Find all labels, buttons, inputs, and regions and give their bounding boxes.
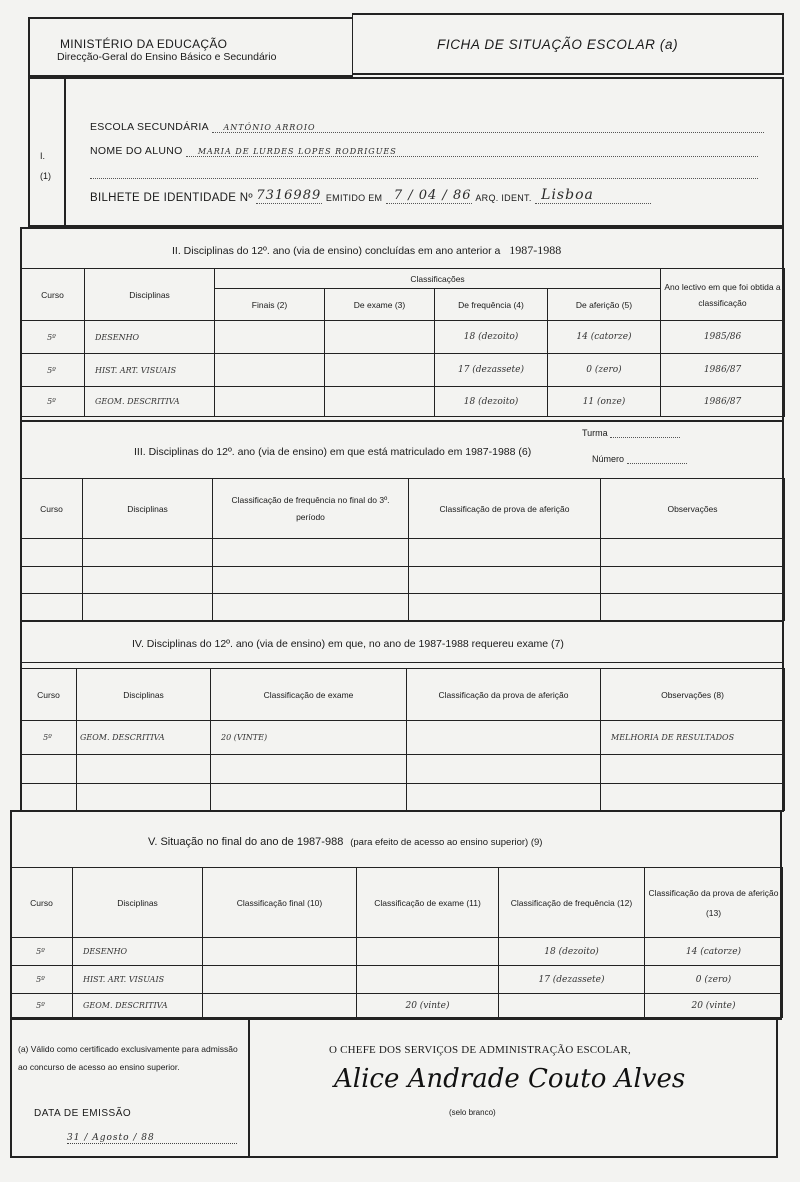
blank-line[interactable]: [90, 178, 758, 179]
table-row: [21, 567, 785, 594]
col-curso: Curso: [21, 479, 83, 539]
section-2: II. Disciplinas do 12º. ano (via de ensi…: [20, 227, 784, 422]
col-exame: De exame (3): [325, 289, 435, 321]
col-curso: Curso: [11, 868, 73, 938]
cell-exame[interactable]: [211, 755, 407, 784]
blank-row: [90, 167, 758, 179]
numero-row: Número: [592, 454, 687, 464]
cell-disciplina[interactable]: Hist. Art. Visuais: [73, 966, 203, 994]
cell-exame[interactable]: [357, 938, 499, 966]
section-3-table: Curso Disciplinas Classificação de frequ…: [20, 478, 785, 621]
cell-afericao[interactable]: [407, 721, 601, 755]
table-row: 5º Hist. Art. Visuais 17 (dezassete) 0 (…: [11, 966, 783, 994]
id-row: BILHETE DE IDENTIDADE Nº 7316989 EMITIDO…: [90, 187, 651, 204]
cell-frequencia[interactable]: 18 (dezoito): [499, 938, 645, 966]
issued-label: EMITIDO EM: [326, 193, 383, 203]
table-row: [21, 755, 785, 784]
cell-curso[interactable]: [21, 755, 77, 784]
section-5: V. Situação no final do ano de 1987-988 …: [10, 810, 782, 1020]
cell-curso[interactable]: [21, 539, 83, 567]
validity-note: (a) Válido como certificado exclusivamen…: [18, 1040, 246, 1076]
col-disciplinas: Disciplinas: [73, 868, 203, 938]
id-number-field[interactable]: 7316989: [256, 188, 322, 204]
numero-label: Número: [592, 454, 624, 464]
cell-finais[interactable]: [215, 354, 325, 387]
cell-curso[interactable]: 5º: [21, 354, 85, 387]
table-row: 5º Hist. Art. Visuais 17 (dezassete) 0 (…: [21, 354, 785, 387]
col-afericao: Classificação da prova de aferição: [407, 669, 601, 721]
table-row: 5º Geom. Descritiva 18 (dezoito) 11 (onz…: [21, 387, 785, 417]
cell-final[interactable]: [203, 966, 357, 994]
cell-ano[interactable]: 1985/86: [661, 321, 785, 354]
header-ministry-box: MINISTÉRIO DA EDUCAÇÃO Direcção-Geral do…: [28, 17, 353, 77]
section-4: IV. Disciplinas do 12º. ano (via de ensi…: [20, 620, 784, 812]
col-curso: Curso: [21, 269, 85, 321]
cell-frequencia[interactable]: [213, 539, 409, 567]
col-afericao: Classificação da prova de aferição (13): [645, 868, 783, 938]
col-observacoes: Observações (8): [601, 669, 785, 721]
cell-final[interactable]: [203, 994, 357, 1018]
cell-exame[interactable]: [357, 966, 499, 994]
cell-curso[interactable]: 5º: [11, 938, 73, 966]
direction-name: Direcção-Geral do Ensino Básico e Secund…: [57, 51, 276, 63]
cell-afericao[interactable]: [407, 755, 601, 784]
turma-row: Turma: [582, 428, 680, 438]
col-disciplinas: Disciplinas: [77, 669, 211, 721]
cell-observacoes[interactable]: [601, 755, 785, 784]
section-4-table: Curso Disciplinas Classificação de exame…: [20, 668, 785, 811]
cell-disciplina[interactable]: Desenho: [73, 938, 203, 966]
cell-disciplina[interactable]: [77, 755, 211, 784]
archive-field[interactable]: Lisboa: [535, 187, 651, 204]
table-row: 5º Geom. Descritiva 20 (vinte) Melhoria …: [21, 721, 785, 755]
cell-afericao[interactable]: [407, 784, 601, 811]
col-afericao: Classificação de prova de aferição: [409, 479, 601, 539]
cell-observacoes[interactable]: [601, 784, 785, 811]
cell-afericao[interactable]: [409, 539, 601, 567]
section-2-title-text: II. Disciplinas do 12º. ano (via de ensi…: [172, 245, 500, 257]
cell-observacoes[interactable]: [601, 539, 785, 567]
col-finais: Finais (2): [215, 289, 325, 321]
footer-signature-box: O CHEFE DOS SERVIÇOS DE ADMINISTRAÇÃO ES…: [248, 1018, 778, 1158]
section-5-table: Curso Disciplinas Classificação final (1…: [10, 867, 783, 1018]
cell-curso[interactable]: [21, 567, 83, 594]
cell-ano[interactable]: 1986/87: [661, 354, 785, 387]
table-row: [21, 594, 785, 621]
cell-disciplina[interactable]: [83, 539, 213, 567]
archive-label: ARQ. IDENT.: [475, 193, 531, 203]
section-1-note: (1): [40, 171, 51, 181]
cell-observacoes[interactable]: [601, 594, 785, 621]
cell-finais[interactable]: [215, 387, 325, 417]
cell-final[interactable]: [203, 938, 357, 966]
ministry-name: MINISTÉRIO DA EDUCAÇÃO: [60, 37, 227, 51]
cell-disciplina[interactable]: [77, 784, 211, 811]
form-title: FICHA DE SITUAÇÃO ESCOLAR (a): [437, 37, 678, 52]
cell-curso[interactable]: [21, 784, 77, 811]
signature: Alice Andrade Couto Alves: [334, 1064, 685, 1094]
section-2-table: Curso Disciplinas Classificações Ano lec…: [20, 268, 785, 417]
cell-exame[interactable]: 20 (vinte): [211, 721, 407, 755]
table-row: 5º Geom. Descritiva 20 (vinte) 20 (vinte…: [11, 994, 783, 1018]
col-frequencia: Classificação de frequência (12): [499, 868, 645, 938]
student-label: NOME DO ALUNO: [90, 145, 183, 157]
cell-frequencia[interactable]: [213, 594, 409, 621]
table-row: 5º Desenho 18 (dezoito) 14 (catorze) 198…: [21, 321, 785, 354]
turma-field[interactable]: [610, 437, 680, 438]
cell-ano[interactable]: 1986/87: [661, 387, 785, 417]
cell-curso[interactable]: [21, 594, 83, 621]
cell-afericao[interactable]: 14 (catorze): [548, 321, 661, 354]
cell-disciplina[interactable]: Geom. Descritiva: [77, 721, 211, 755]
cell-afericao[interactable]: 11 (onze): [548, 387, 661, 417]
seal-label: (selo branco): [449, 1108, 496, 1117]
section-5-subtitle: (para efeito de acesso ao ensino superio…: [350, 837, 542, 848]
col-ano-lectivo: Ano lectivo em que foi obtida a classifi…: [661, 269, 785, 321]
cell-disciplina[interactable]: [83, 567, 213, 594]
section-4-title: IV. Disciplinas do 12º. ano (via de ensi…: [132, 638, 564, 650]
col-exame: Classificação de exame (11): [357, 868, 499, 938]
col-frequencia: Classificação de frequência no final do …: [213, 479, 409, 539]
col-disciplinas: Disciplinas: [85, 269, 215, 321]
cell-exame[interactable]: [325, 354, 435, 387]
cell-afericao[interactable]: [409, 567, 601, 594]
cell-exame[interactable]: [325, 321, 435, 354]
cell-frequencia[interactable]: 18 (dezoito): [435, 387, 548, 417]
cell-frequencia[interactable]: [499, 994, 645, 1018]
col-observacoes: Observações: [601, 479, 785, 539]
cell-afericao[interactable]: 0 (zero): [548, 354, 661, 387]
col-exame: Classificação de exame: [211, 669, 407, 721]
section-3: III. Disciplinas do 12º. ano (via de ens…: [20, 420, 784, 622]
col-disciplinas: Disciplinas: [83, 479, 213, 539]
cell-afericao[interactable]: 0 (zero): [645, 966, 783, 994]
col-classificacoes: Classificações: [215, 269, 661, 289]
cell-disciplina[interactable]: Desenho: [85, 321, 215, 354]
divider: [22, 662, 782, 663]
student-name-field[interactable]: MARIA DE LURDES LOPES RODRIGUES: [186, 147, 758, 157]
cell-frequencia[interactable]: 17 (dezassete): [435, 354, 548, 387]
cell-curso[interactable]: 5º: [11, 994, 73, 1018]
school-row: ESCOLA SECUNDÁRIA ANTÓNIO ARROIO: [90, 121, 764, 133]
table-row: 5º Desenho 18 (dezoito) 14 (catorze): [11, 938, 783, 966]
footer-note-box: (a) Válido como certificado exclusivamen…: [10, 1018, 250, 1158]
header-title-box: FICHA DE SITUAÇÃO ESCOLAR (a): [352, 13, 784, 75]
col-final: Classificação final (10): [203, 868, 357, 938]
section-5-title: V. Situação no final do ano de 1987-988: [148, 836, 343, 848]
issue-date-label: DATA DE EMISSÃO: [34, 1108, 131, 1119]
cell-exame[interactable]: [325, 387, 435, 417]
cell-observacoes[interactable]: [601, 567, 785, 594]
cell-exame[interactable]: [211, 784, 407, 811]
cell-disciplina[interactable]: Hist. Art. Visuais: [85, 354, 215, 387]
issued-date-field[interactable]: 7 / 04 / 86: [386, 188, 472, 204]
numero-field[interactable]: [627, 463, 687, 464]
section-2-title: II. Disciplinas do 12º. ano (via de ensi…: [172, 243, 561, 258]
col-curso: Curso: [21, 669, 77, 721]
cell-curso[interactable]: 5º: [21, 387, 85, 417]
section-3-title: III. Disciplinas do 12º. ano (via de ens…: [134, 446, 531, 458]
cell-curso[interactable]: 5º: [11, 966, 73, 994]
school-label: ESCOLA SECUNDÁRIA: [90, 121, 208, 133]
cell-disciplina[interactable]: Geom. Descritiva: [85, 387, 215, 417]
section-identification: I. (1) ESCOLA SECUNDÁRIA ANTÓNIO ARROIO …: [28, 77, 784, 227]
cell-afericao[interactable]: 14 (catorze): [645, 938, 783, 966]
chief-title: O CHEFE DOS SERVIÇOS DE ADMINISTRAÇÃO ES…: [329, 1044, 631, 1056]
cell-curso[interactable]: 5º: [21, 721, 77, 755]
section-2-year: 1987-1988: [509, 243, 561, 257]
cell-finais[interactable]: [215, 321, 325, 354]
col-frequencia: De frequência (4): [435, 289, 548, 321]
cell-observacoes[interactable]: Melhoria de resultados: [601, 721, 785, 755]
issue-date-field[interactable]: 31 / Agosto / 88: [67, 1133, 237, 1144]
cell-frequencia[interactable]: 18 (dezoito): [435, 321, 548, 354]
cell-afericao[interactable]: [409, 594, 601, 621]
cell-frequencia[interactable]: [213, 567, 409, 594]
cell-curso[interactable]: 5º: [21, 321, 85, 354]
col-afericao: De aferição (5): [548, 289, 661, 321]
cell-afericao[interactable]: 20 (vinte): [645, 994, 783, 1018]
turma-label: Turma: [582, 428, 608, 438]
cell-disciplina[interactable]: Geom. Descritiva: [73, 994, 203, 1018]
table-row: [21, 539, 785, 567]
id-label: BILHETE DE IDENTIDADE Nº: [90, 192, 253, 204]
cell-disciplina[interactable]: [83, 594, 213, 621]
section-1-number: I. (1): [30, 79, 66, 225]
school-field[interactable]: ANTÓNIO ARROIO: [212, 123, 764, 133]
table-row: [21, 784, 785, 811]
cell-exame[interactable]: 20 (vinte): [357, 994, 499, 1018]
cell-frequencia[interactable]: 17 (dezassete): [499, 966, 645, 994]
section-5-title-row: V. Situação no final do ano de 1987-988 …: [148, 836, 542, 848]
section-1-roman: I.: [40, 151, 45, 161]
student-row: NOME DO ALUNO MARIA DE LURDES LOPES RODR…: [90, 145, 758, 157]
